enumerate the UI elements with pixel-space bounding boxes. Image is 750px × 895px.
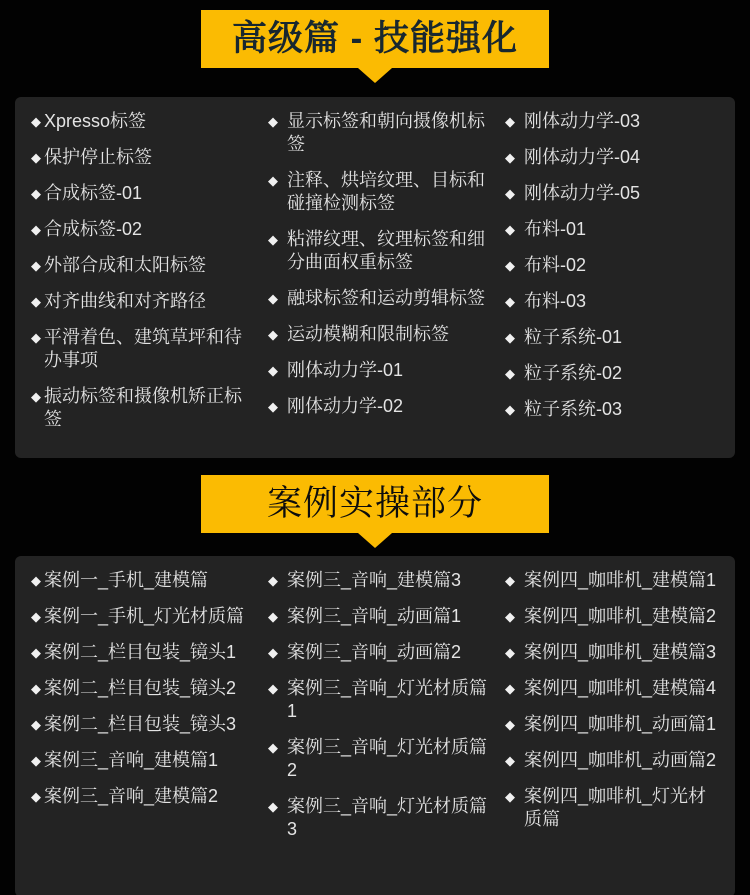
list-item-label: 注释、烘培纹理、目标和碰撞检测标签 bbox=[287, 169, 491, 215]
diamond-bullet-icon: ◆ bbox=[31, 641, 41, 664]
list-item-label: 融球标签和运动剪辑标签 bbox=[287, 287, 491, 310]
list-item: ◆ 案例三_音响_动画篇2 bbox=[268, 641, 491, 664]
list-item-label: 案例一_手机_灯光材质篇 bbox=[44, 605, 254, 628]
list-item: ◆ 注释、烘培纹理、目标和碰撞检测标签 bbox=[268, 169, 491, 215]
list-item: ◆ 布料-02 bbox=[505, 254, 719, 277]
list-item-label: 布料-01 bbox=[524, 218, 719, 241]
list-item: ◆ 案例三_音响_灯光材质篇1 bbox=[268, 677, 491, 723]
diamond-bullet-icon: ◆ bbox=[505, 749, 515, 772]
diamond-bullet-icon: ◆ bbox=[505, 641, 515, 664]
list-item: ◆ 案例三_音响_灯光材质篇2 bbox=[268, 736, 491, 782]
diamond-bullet-icon: ◆ bbox=[31, 785, 41, 808]
list-item: ◆ 案例四_咖啡机_动画篇2 bbox=[505, 749, 719, 772]
list-item: ◆ 案例三_音响_建模篇1 bbox=[31, 749, 254, 772]
list-item: ◆ 显示标签和朝向摄像机标签 bbox=[268, 110, 491, 156]
list-item-label: 案例四_咖啡机_动画篇2 bbox=[524, 749, 719, 772]
list-item-label: 案例一_手机_建模篇 bbox=[44, 569, 254, 592]
list-item-label: 刚体动力学-05 bbox=[524, 182, 719, 205]
list-item-label: 刚体动力学-02 bbox=[287, 395, 491, 418]
list-item: ◆ 案例一_手机_建模篇 bbox=[31, 569, 254, 592]
list-item: ◆ 案例四_咖啡机_灯光材质篇 bbox=[505, 785, 719, 831]
diamond-bullet-icon: ◆ bbox=[505, 110, 515, 133]
diamond-bullet-icon: ◆ bbox=[505, 146, 515, 169]
list-item-label: 案例二_栏目包装_镜头2 bbox=[44, 677, 254, 700]
list-item: ◆ 刚体动力学-02 bbox=[268, 395, 491, 418]
list-item: ◆ 案例二_栏目包装_镜头3 bbox=[31, 713, 254, 736]
list-item: ◆ 粒子系统-02 bbox=[505, 362, 719, 385]
course-column-3: ◆ 案例四_咖啡机_建模篇1 ◆ 案例四_咖啡机_建模篇2 ◆ 案例四_咖啡机_… bbox=[505, 569, 719, 895]
diamond-bullet-icon: ◆ bbox=[505, 785, 515, 808]
course-outline-page: 高级篇 - 技能强化 ◆ Xpresso标签 ◆ 保护停止标签 bbox=[0, 0, 750, 895]
diamond-bullet-icon: ◆ bbox=[31, 182, 41, 205]
list-item: ◆ 案例二_栏目包装_镜头2 bbox=[31, 677, 254, 700]
diamond-bullet-icon: ◆ bbox=[268, 395, 278, 418]
cases-course-panel: ◆ 案例一_手机_建模篇 ◆ 案例一_手机_灯光材质篇 ◆ 案例二_栏目包装_镜… bbox=[15, 556, 735, 895]
list-item: ◆ 案例三_音响_动画篇1 bbox=[268, 605, 491, 628]
diamond-bullet-icon: ◆ bbox=[31, 677, 41, 700]
course-column-1: ◆ Xpresso标签 ◆ 保护停止标签 ◆ 合成标签-01 ◆ bbox=[31, 110, 268, 458]
list-item-label: 平滑着色、建筑草坪和待办事项 bbox=[44, 326, 254, 372]
list-item-label: 案例四_咖啡机_动画篇1 bbox=[524, 713, 719, 736]
list-item: ◆ 案例二_栏目包装_镜头1 bbox=[31, 641, 254, 664]
diamond-bullet-icon: ◆ bbox=[268, 736, 278, 759]
banner-pointer-arrow bbox=[358, 68, 392, 83]
list-item: ◆ 案例四_咖啡机_建模篇4 bbox=[505, 677, 719, 700]
list-item: ◆ 案例四_咖啡机_动画篇1 bbox=[505, 713, 719, 736]
cases-section-title: 案例实操部分 bbox=[201, 475, 549, 533]
list-item: ◆ 合成标签-01 bbox=[31, 182, 254, 205]
course-column-2: ◆ 案例三_音响_建模篇3 ◆ 案例三_音响_动画篇1 ◆ 案例三_音响_动画篇… bbox=[268, 569, 505, 895]
diamond-bullet-icon: ◆ bbox=[268, 677, 278, 700]
diamond-bullet-icon: ◆ bbox=[31, 749, 41, 772]
list-item-label: 刚体动力学-01 bbox=[287, 359, 491, 382]
list-item-label: 案例二_栏目包装_镜头3 bbox=[44, 713, 254, 736]
list-item: ◆ 外部合成和太阳标签 bbox=[31, 254, 254, 277]
course-column-3: ◆ 刚体动力学-03 ◆ 刚体动力学-04 ◆ 刚体动力学-05 ◆ bbox=[505, 110, 719, 458]
list-item-label: 运动模糊和限制标签 bbox=[287, 323, 491, 346]
list-item: ◆ 案例一_手机_灯光材质篇 bbox=[31, 605, 254, 628]
list-item-label: 案例四_咖啡机_建模篇3 bbox=[524, 641, 719, 664]
diamond-bullet-icon: ◆ bbox=[268, 287, 278, 310]
diamond-bullet-icon: ◆ bbox=[505, 254, 515, 277]
diamond-bullet-icon: ◆ bbox=[268, 228, 278, 251]
list-item-label: 案例三_音响_动画篇1 bbox=[287, 605, 491, 628]
list-item: ◆ 粒子系统-01 bbox=[505, 326, 719, 349]
list-item-label: 粒子系统-01 bbox=[524, 326, 719, 349]
list-item: ◆ 融球标签和运动剪辑标签 bbox=[268, 287, 491, 310]
list-item-label: 案例三_音响_建模篇3 bbox=[287, 569, 491, 592]
diamond-bullet-icon: ◆ bbox=[31, 385, 41, 408]
list-item-label: 布料-03 bbox=[524, 290, 719, 313]
list-item-label: Xpresso标签 bbox=[44, 110, 254, 133]
list-item-label: 对齐曲线和对齐路径 bbox=[44, 290, 254, 313]
list-item-label: 合成标签-01 bbox=[44, 182, 254, 205]
list-item: ◆ 刚体动力学-03 bbox=[505, 110, 719, 133]
list-item-label: 合成标签-02 bbox=[44, 218, 254, 241]
list-item-label: 案例三_音响_建模篇1 bbox=[44, 749, 254, 772]
list-item-label: 案例三_音响_灯光材质篇2 bbox=[287, 736, 491, 782]
list-item-label: 案例三_音响_动画篇2 bbox=[287, 641, 491, 664]
advanced-section-title: 高级篇 - 技能强化 bbox=[201, 10, 549, 68]
diamond-bullet-icon: ◆ bbox=[505, 605, 515, 628]
diamond-bullet-icon: ◆ bbox=[505, 677, 515, 700]
list-item: ◆ 振动标签和摄像机矫正标签 bbox=[31, 385, 254, 431]
course-column-2: ◆ 显示标签和朝向摄像机标签 ◆ 注释、烘培纹理、目标和碰撞检测标签 ◆ 粘滞纹… bbox=[268, 110, 505, 458]
section-case-practice: 案例实操部分 ◆ 案例一_手机_建模篇 ◆ 案例一_手机_灯光材质篇 bbox=[0, 458, 750, 895]
diamond-bullet-icon: ◆ bbox=[268, 169, 278, 192]
list-item: ◆ 刚体动力学-04 bbox=[505, 146, 719, 169]
list-item: ◆ 粒子系统-03 bbox=[505, 398, 719, 421]
list-item-label: 案例二_栏目包装_镜头1 bbox=[44, 641, 254, 664]
list-item: ◆ 案例四_咖啡机_建模篇2 bbox=[505, 605, 719, 628]
banner-pointer-arrow bbox=[358, 533, 392, 548]
diamond-bullet-icon: ◆ bbox=[31, 713, 41, 736]
diamond-bullet-icon: ◆ bbox=[31, 110, 41, 133]
diamond-bullet-icon: ◆ bbox=[31, 290, 41, 313]
list-item: ◆ 布料-03 bbox=[505, 290, 719, 313]
list-item: ◆ 案例三_音响_建模篇3 bbox=[268, 569, 491, 592]
list-item: ◆ 案例三_音响_灯光材质篇3 bbox=[268, 795, 491, 841]
diamond-bullet-icon: ◆ bbox=[505, 218, 515, 241]
list-item-label: 案例四_咖啡机_灯光材质篇 bbox=[524, 785, 719, 831]
list-item-label: 保护停止标签 bbox=[44, 146, 254, 169]
advanced-banner-wrap: 高级篇 - 技能强化 bbox=[0, 0, 750, 83]
diamond-bullet-icon: ◆ bbox=[505, 713, 515, 736]
diamond-bullet-icon: ◆ bbox=[31, 254, 41, 277]
diamond-bullet-icon: ◆ bbox=[505, 398, 515, 421]
list-item-label: 外部合成和太阳标签 bbox=[44, 254, 254, 277]
diamond-bullet-icon: ◆ bbox=[268, 569, 278, 592]
list-item: ◆ 案例四_咖啡机_建模篇3 bbox=[505, 641, 719, 664]
advanced-course-panel: ◆ Xpresso标签 ◆ 保护停止标签 ◆ 合成标签-01 ◆ bbox=[15, 97, 735, 458]
list-item-label: 刚体动力学-04 bbox=[524, 146, 719, 169]
diamond-bullet-icon: ◆ bbox=[505, 362, 515, 385]
cases-banner-wrap: 案例实操部分 bbox=[0, 458, 750, 548]
list-item-label: 显示标签和朝向摄像机标签 bbox=[287, 110, 491, 156]
list-item: ◆ 合成标签-02 bbox=[31, 218, 254, 241]
diamond-bullet-icon: ◆ bbox=[31, 605, 41, 628]
diamond-bullet-icon: ◆ bbox=[505, 326, 515, 349]
list-item: ◆ 对齐曲线和对齐路径 bbox=[31, 290, 254, 313]
list-item-label: 案例四_咖啡机_建模篇2 bbox=[524, 605, 719, 628]
list-item-label: 案例三_音响_灯光材质篇3 bbox=[287, 795, 491, 841]
section-advanced-skills: 高级篇 - 技能强化 ◆ Xpresso标签 ◆ 保护停止标签 bbox=[0, 0, 750, 458]
list-item-label: 案例三_音响_建模篇2 bbox=[44, 785, 254, 808]
list-item-label: 案例四_咖啡机_建模篇4 bbox=[524, 677, 719, 700]
list-item: ◆ 粘滞纹理、纹理标签和细分曲面权重标签 bbox=[268, 228, 491, 274]
diamond-bullet-icon: ◆ bbox=[268, 641, 278, 664]
list-item-label: 布料-02 bbox=[524, 254, 719, 277]
list-item-label: 粒子系统-02 bbox=[524, 362, 719, 385]
list-item-label: 案例三_音响_灯光材质篇1 bbox=[287, 677, 491, 723]
diamond-bullet-icon: ◆ bbox=[268, 795, 278, 818]
list-item: ◆ 平滑着色、建筑草坪和待办事项 bbox=[31, 326, 254, 372]
diamond-bullet-icon: ◆ bbox=[31, 326, 41, 349]
list-item: ◆ 案例四_咖啡机_建模篇1 bbox=[505, 569, 719, 592]
diamond-bullet-icon: ◆ bbox=[31, 218, 41, 241]
diamond-bullet-icon: ◆ bbox=[505, 182, 515, 205]
diamond-bullet-icon: ◆ bbox=[505, 569, 515, 592]
list-item: ◆ 保护停止标签 bbox=[31, 146, 254, 169]
diamond-bullet-icon: ◆ bbox=[268, 605, 278, 628]
diamond-bullet-icon: ◆ bbox=[31, 146, 41, 169]
list-item: ◆ 运动模糊和限制标签 bbox=[268, 323, 491, 346]
list-item-label: 案例四_咖啡机_建模篇1 bbox=[524, 569, 719, 592]
list-item: ◆ 刚体动力学-01 bbox=[268, 359, 491, 382]
diamond-bullet-icon: ◆ bbox=[268, 323, 278, 346]
list-item-label: 振动标签和摄像机矫正标签 bbox=[44, 385, 254, 431]
list-item-label: 刚体动力学-03 bbox=[524, 110, 719, 133]
list-item-label: 粒子系统-03 bbox=[524, 398, 719, 421]
list-item: ◆ Xpresso标签 bbox=[31, 110, 254, 133]
list-item: ◆ 刚体动力学-05 bbox=[505, 182, 719, 205]
diamond-bullet-icon: ◆ bbox=[31, 569, 41, 592]
list-item: ◆ 布料-01 bbox=[505, 218, 719, 241]
list-item: ◆ 案例三_音响_建模篇2 bbox=[31, 785, 254, 808]
diamond-bullet-icon: ◆ bbox=[505, 290, 515, 313]
diamond-bullet-icon: ◆ bbox=[268, 110, 278, 133]
list-item-label: 粘滞纹理、纹理标签和细分曲面权重标签 bbox=[287, 228, 491, 274]
diamond-bullet-icon: ◆ bbox=[268, 359, 278, 382]
course-column-1: ◆ 案例一_手机_建模篇 ◆ 案例一_手机_灯光材质篇 ◆ 案例二_栏目包装_镜… bbox=[31, 569, 268, 895]
